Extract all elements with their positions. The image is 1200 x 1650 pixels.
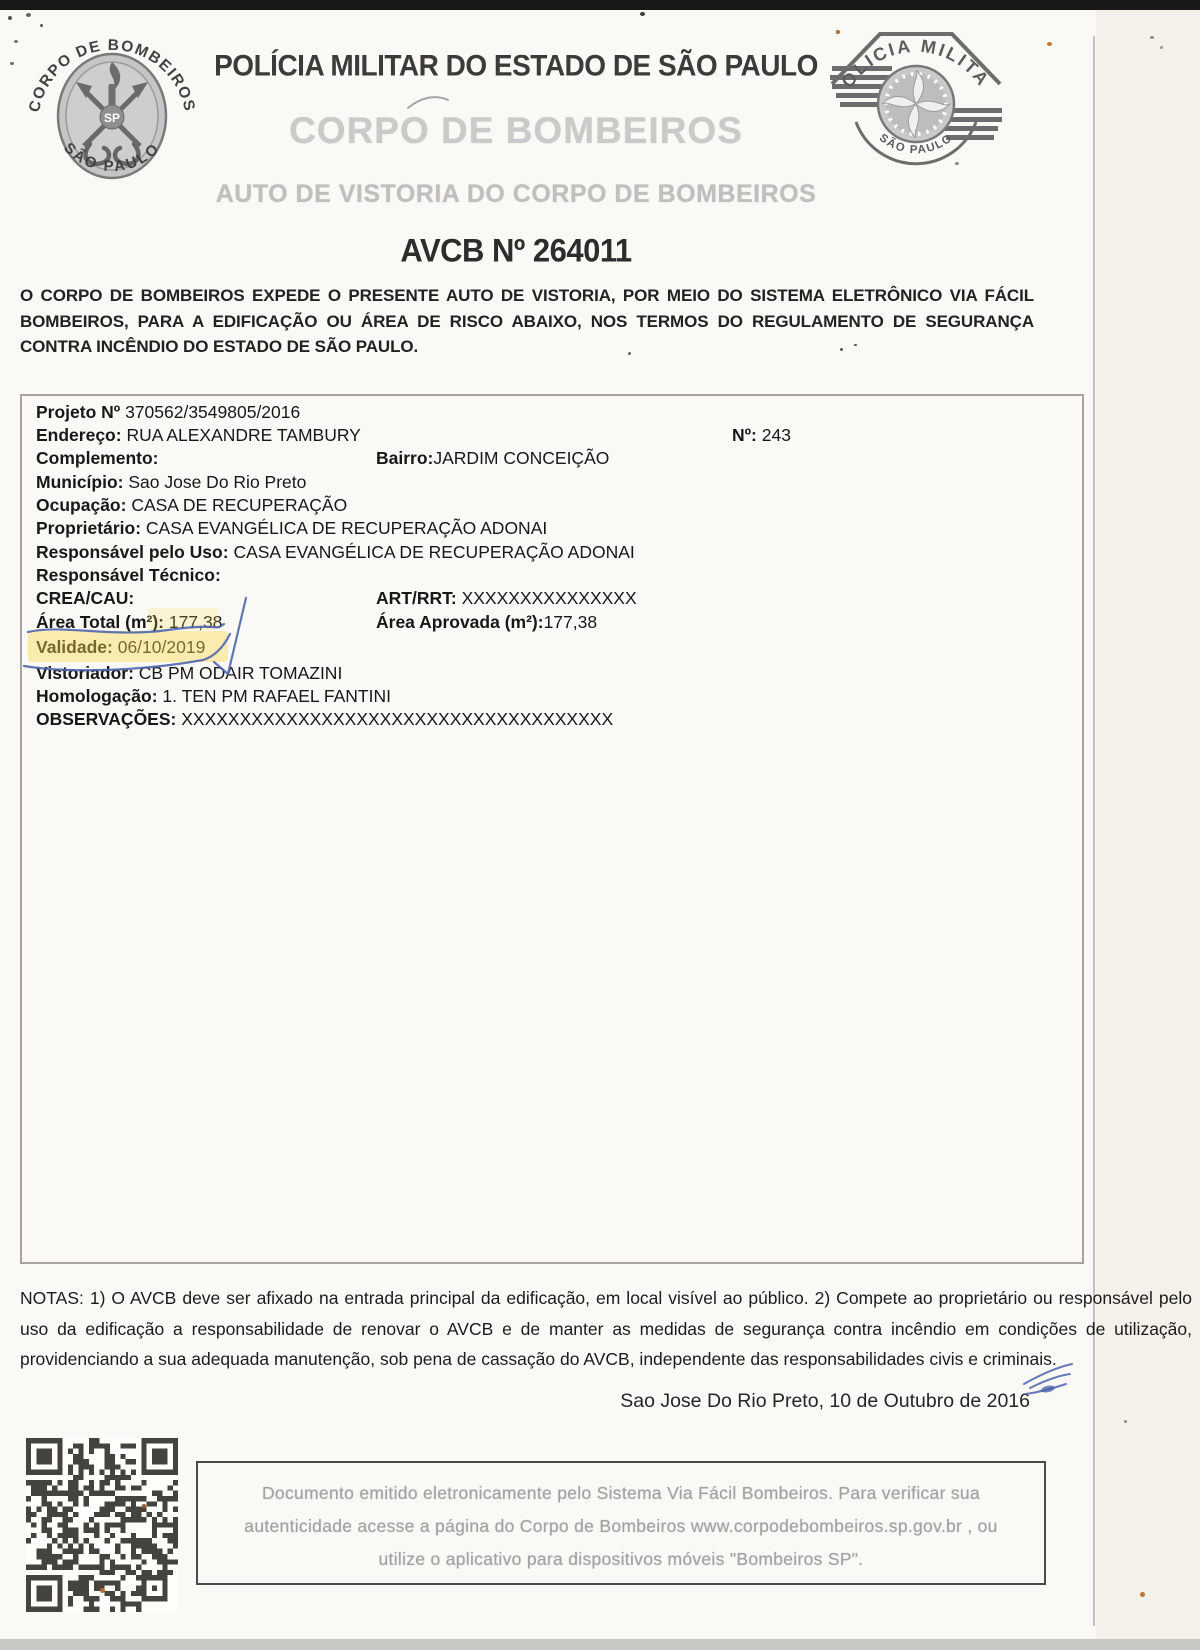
scan-speck [26,13,31,17]
faded-subtitle-corpo-de-bombeiros: CORPO DE BOMBEIROS [116,110,916,152]
scan-speck [1047,42,1052,46]
document-title: POLÍCIA MILITAR DO ESTADO DE SÃO PAULO [116,49,916,83]
scan-speck [40,24,43,27]
scan-speck [100,1588,105,1593]
field-homologacao: Homologação: 1. TEN PM RAFAEL FANTINI [36,686,1066,707]
field-responsavel-uso-value: CASA EVANGÉLICA DE RECUPERAÇÃO ADONAI [233,542,634,562]
policia-militar-seal: POLICIA MILITAR SÃO PAULO [824,14,1008,180]
field-area-aprovada-label: Área Aprovada (m²): [376,612,544,632]
scan-page-edge [1093,36,1095,1626]
field-projeto: Projeto Nº 370562/3549805/2016 [36,402,1066,423]
field-art-value: XXXXXXXXXXXXXXX [462,588,637,608]
date-line: Sao Jose Do Rio Preto, 10 de Outubro de … [600,1390,1030,1413]
scan-top-band [0,0,1200,10]
field-ocupacao-label: Ocupação: [36,495,126,515]
field-observacoes: OBSERVAÇÕES: XXXXXXXXXXXXXXXXXXXXXXXXXXX… [36,709,1066,730]
field-homologacao-label: Homologação: [36,686,158,706]
field-art-label: ART/RRT: [376,588,457,608]
field-responsavel-tecnico: Responsável Técnico: [36,565,1066,586]
scan-speck [1160,46,1163,49]
field-bairro-label: Bairro: [376,448,433,468]
scan-speck [836,30,840,34]
field-complemento: Complemento: Bairro:JARDIM CONCEIÇÃO [36,448,1066,469]
scan-speck [142,1504,146,1508]
pen-mark-validade [18,588,268,684]
scan-speck [628,352,631,355]
scanned-avcb-document: SP CORPO DE BOMBEIROS SÃO PAULO [0,0,1200,1650]
scan-speck [1140,1592,1145,1597]
field-numero-value: 243 [762,425,791,445]
pen-mark-header [404,92,452,116]
scan-speck [10,62,14,65]
avcb-number-title: AVCB Nº 264011 [116,232,916,270]
field-projeto-value: 370562/3549805/2016 [125,402,300,422]
field-proprietario-label: Proprietário: [36,518,141,538]
scan-speck [955,162,959,165]
faded-subtitle-auto-de-vistoria: AUTO DE VISTORIA DO CORPO DE BOMBEIROS [116,180,916,209]
field-municipio-value: Sao Jose Do Rio Preto [128,472,306,492]
field-municipio: Município: Sao Jose Do Rio Preto [36,472,1066,493]
field-complemento-label: Complemento: [36,448,159,468]
field-endereco-value: RUA ALEXANDRE TAMBURY [126,425,360,445]
field-ocupacao-value: CASA DE RECUPERAÇÃO [131,495,347,515]
field-homologacao-value: 1. TEN PM RAFAEL FANTINI [162,686,391,706]
field-municipio-label: Município: [36,472,123,492]
field-responsavel-uso: Responsável pelo Uso: CASA EVANGÉLICA DE… [36,542,1066,563]
footer-disclaimer-box: Documento emitido eletronicamente pelo S… [196,1461,1046,1585]
scan-speck [1150,36,1154,39]
field-observacoes-value: XXXXXXXXXXXXXXXXXXXXXXXXXXXXXXXXXXXXX [181,709,613,729]
scan-speck [1124,1420,1127,1423]
scan-speck [854,344,857,346]
field-projeto-label: Projeto Nº [36,402,120,422]
field-numero-label: Nº: [732,425,757,445]
field-responsavel-tecnico-label: Responsável Técnico: [36,565,221,585]
scan-right-margin [1096,10,1200,1640]
scan-bottom-strip [0,1639,1200,1650]
field-observacoes-label: OBSERVAÇÕES: [36,709,176,729]
scan-speck [14,40,18,43]
qr-code [26,1438,178,1612]
footer-disclaimer-text: Documento emitido eletronicamente pelo S… [198,1463,1044,1576]
scan-speck [640,12,645,16]
field-endereco: Endereço: RUA ALEXANDRE TAMBURY Nº: 243 [36,425,1066,446]
field-ocupacao: Ocupação: CASA DE RECUPERAÇÃO [36,495,1066,516]
field-proprietario: Proprietário: CASA EVANGÉLICA DE RECUPER… [36,518,1066,539]
field-proprietario-value: CASA EVANGÉLICA DE RECUPERAÇÃO ADONAI [146,518,547,538]
field-area-aprovada-value: 177,38 [544,612,598,632]
scan-speck [840,348,843,351]
field-responsavel-uso-label: Responsável pelo Uso: [36,542,229,562]
field-bairro-value: JARDIM CONCEIÇÃO [433,448,609,468]
scan-speck [8,16,12,20]
inspection-form-box: Projeto Nº 370562/3549805/2016 Endereço:… [20,394,1084,1264]
intro-paragraph: O CORPO DE BOMBEIROS EXPEDE O PRESENTE A… [20,283,1034,360]
field-endereco-label: Endereço: [36,425,122,445]
pen-mark-date [1016,1358,1088,1404]
